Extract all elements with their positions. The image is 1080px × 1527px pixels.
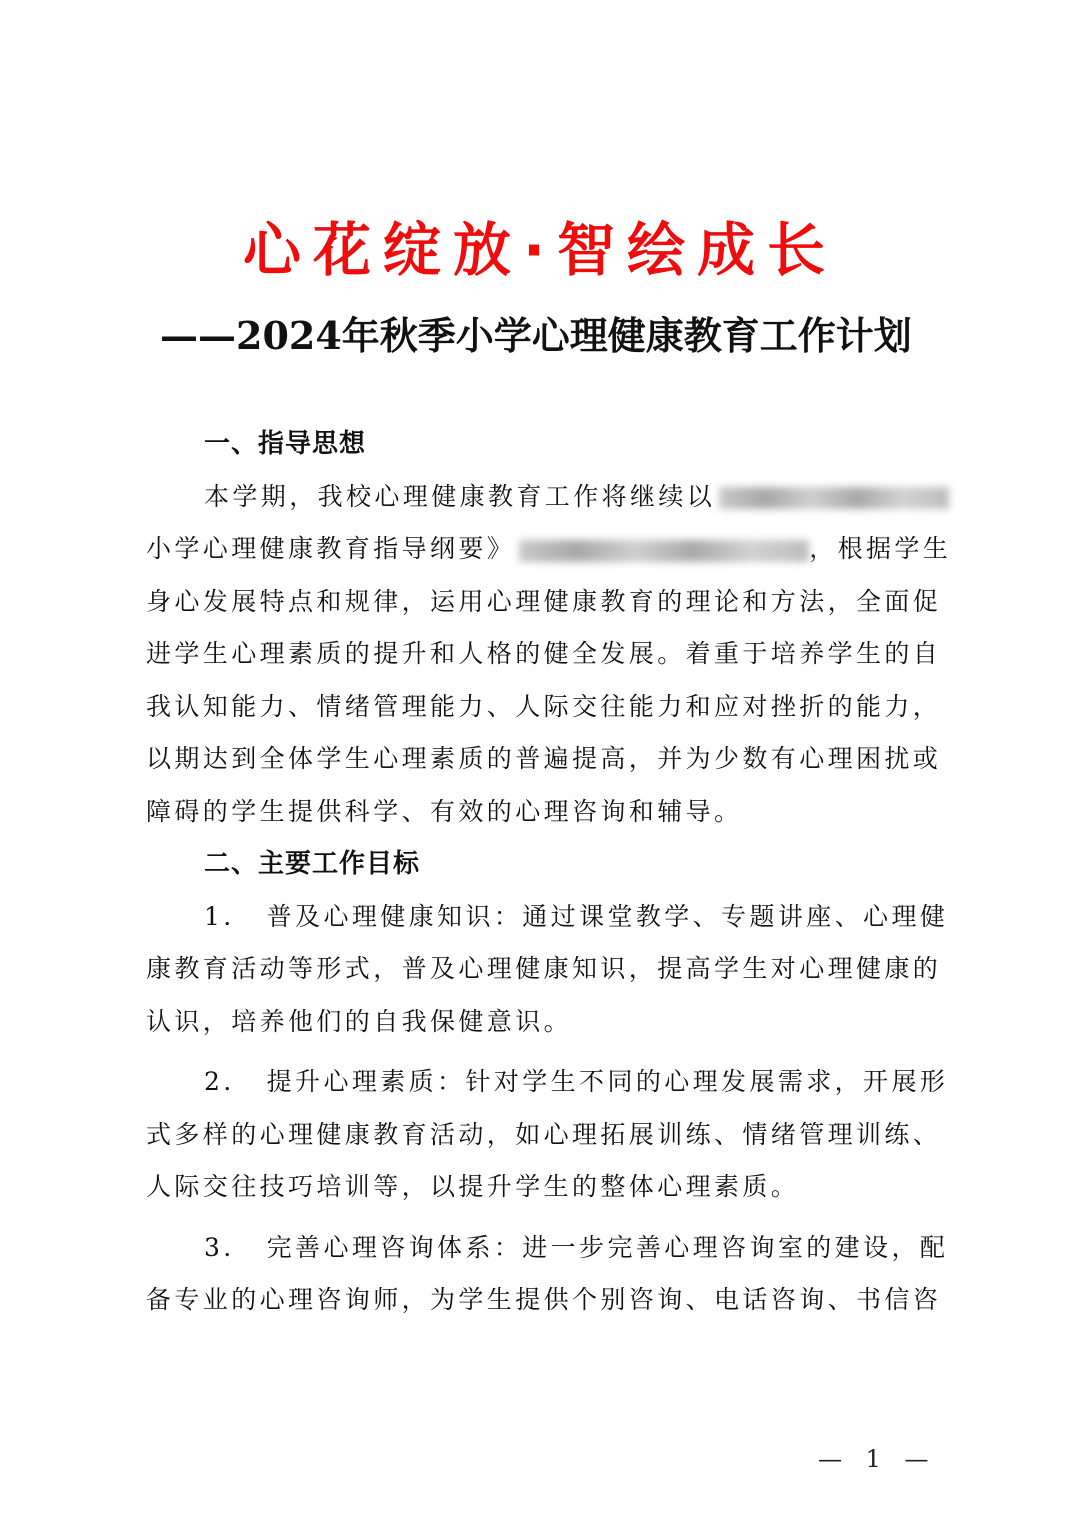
paragraph-line: 我认知能力、情绪管理能力、人际交往能力和应对挫折的能力，: [146, 681, 946, 734]
text-span: 完善心理咨询体系：进一步完善心理咨询室的建设，配: [267, 1233, 949, 1262]
spacer: [146, 1214, 946, 1222]
text-span: ，根据学生: [809, 534, 951, 563]
text-span: 小学心理健康教育指导纲要》: [146, 534, 515, 563]
goal-number: 1.: [204, 902, 235, 931]
goal-number: 3.: [204, 1233, 235, 1262]
paragraph-line: 康教育活动等形式，普及心理健康知识，提高学生对心理健康的: [146, 943, 946, 996]
paragraph-line: 进学生心理素质的提升和人格的健全发展。着重于培养学生的自: [146, 628, 946, 681]
goal-number: 2.: [204, 1067, 235, 1096]
paragraph-line: 认识，培养他们的自我保健意识。: [146, 996, 946, 1049]
section-heading-main-goals: 二、主要工作目标: [146, 838, 946, 891]
paragraph-line: 式多样的心理健康教育活动，如心理拓展训练、情绪管理训练、: [146, 1109, 946, 1162]
document-body: 一、指导思想 本学期，我校心理健康教育工作将继续以 小学心理健康教育指导纲要》，…: [146, 418, 946, 1327]
text-span: 提升心理素质：针对学生不同的心理发展需求，开展形: [267, 1067, 949, 1096]
paragraph-line: 人际交往技巧培训等，以提升学生的整体心理素质。: [146, 1161, 946, 1214]
redacted-text: [519, 540, 809, 562]
paragraph-line: 以期达到全体学生心理素质的普遍提高，并为少数有心理困扰或: [146, 733, 946, 786]
paragraph-line: 备专业的心理咨询师，为学生提供个别咨询、电话咨询、书信咨: [146, 1274, 946, 1327]
goal-item-1-line: 1.普及心理健康知识：通过课堂教学、专题讲座、心理健: [146, 891, 946, 944]
paragraph-line: 身心发展特点和规律，运用心理健康教育的理论和方法，全面促: [146, 576, 946, 629]
section-heading-guiding-ideology: 一、指导思想: [146, 418, 946, 471]
document-subtitle: ——2024年秋季小学心理健康教育工作计划: [160, 308, 912, 364]
document-page: 心花绽放·智绘成长 ——2024年秋季小学心理健康教育工作计划 一、指导思想 本…: [0, 0, 1080, 1527]
document-title: 心花绽放·智绘成长: [0, 212, 1080, 288]
goal-item-2-line: 2.提升心理素质：针对学生不同的心理发展需求，开展形: [146, 1056, 946, 1109]
spacer: [146, 1048, 946, 1056]
page-number: — 1 —: [818, 1445, 937, 1473]
text-span: 普及心理健康知识：通过课堂教学、专题讲座、心理健: [267, 902, 949, 931]
text-span: 本学期，我校心理健康教育工作将继续以: [204, 482, 715, 511]
goal-item-3-line: 3.完善心理咨询体系：进一步完善心理咨询室的建设，配: [146, 1222, 946, 1275]
paragraph-line: 小学心理健康教育指导纲要》，根据学生: [146, 523, 946, 576]
paragraph-line: 障碍的学生提供科学、有效的心理咨询和辅导。: [146, 786, 946, 839]
redacted-text: [719, 487, 949, 509]
paragraph-line: 本学期，我校心理健康教育工作将继续以: [146, 471, 946, 524]
